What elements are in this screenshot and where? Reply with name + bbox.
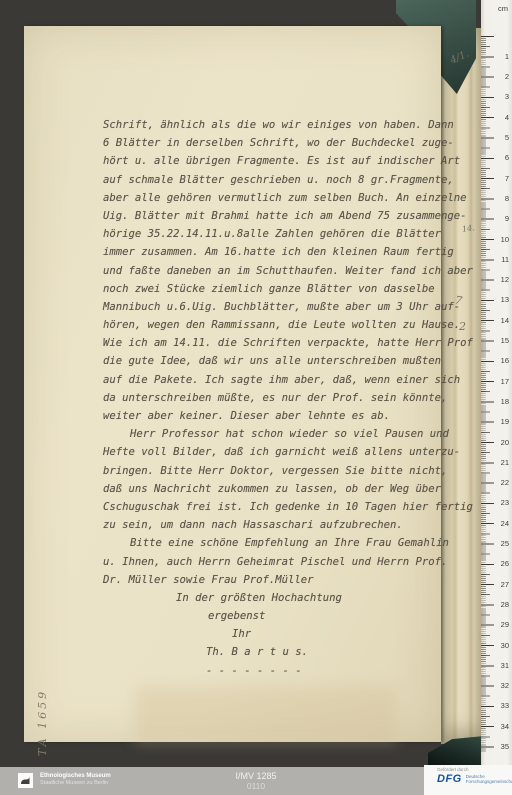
ruler-number: 1 [505,52,509,61]
letter-line: die gute Idee, daß wir uns alle untersch… [103,352,465,370]
letter-line: da unterschreiben müßte, es nur der Prof… [103,389,465,407]
pencil-mark-edge-top: 14. [461,223,475,234]
ruler-number: 9 [505,214,509,223]
ruler-number: 14 [501,316,509,325]
ruler-number: 31 [501,661,509,670]
letter-page: Schrift, ähnlich als die wo wir einiges … [24,26,441,742]
dfg-logo: Gefördert durch DFG Deutsche Forschungsg… [424,765,512,795]
ruler-unit-label: cm [498,4,508,13]
ruler-ticks [481,36,496,752]
ruler-number: 7 [505,174,509,183]
ruler-number: 32 [501,681,509,690]
letter-line: ergebenst [208,607,465,625]
letter-line: Mannibuch u.6.Uig. Buchblätter, mußte ab… [103,298,465,316]
ruler-number: 8 [505,194,509,203]
funding-label: Gefördert durch [437,767,512,772]
ruler-number: 10 [501,235,509,244]
letter-line: Bitte eine schöne Empfehlung an Ihre Fra… [130,534,465,552]
ruler-number: 6 [505,153,509,162]
footer-bar: Ethnologisches Museum Staatliche Museen … [0,767,512,795]
dfg-abbr: DFG [437,773,462,785]
ruler-number: 13 [501,295,509,304]
ruler-number: 23 [501,498,509,507]
letter-line: In der größten Hochachtung [176,589,465,607]
book-scan-photo: Schrift, ähnlich als die wo wir einiges … [0,0,512,795]
letter-line: Wie ich am 14.11. die Schriften verpackt… [103,334,465,352]
letter-line: Ihr [232,625,465,643]
letter-line: hörige 35.22.14.11.u.8alle Zahlen gehöre… [103,225,465,243]
letter-line: Hefte voll Bilder, daß ich garnicht weiß… [103,443,465,461]
ruler-number: 17 [501,377,509,386]
letter-line: immer zusammen. Am 16.hatte ich den klei… [103,243,465,261]
letter-line: - - - - - - - - [206,662,465,680]
ruler-number: 28 [501,600,509,609]
ruler-number: 34 [501,722,509,731]
ruler-number: 19 [501,417,509,426]
ruler-number: 21 [501,458,509,467]
ruler-number: 30 [501,641,509,650]
ruler-number: 26 [501,559,509,568]
ruler-number: 16 [501,356,509,365]
letter-line: hören, wegen den Rammissann, die Leute w… [103,316,465,334]
ruler-number: 11 [501,255,509,264]
letter-line: und faßte daneben an im Schutthaufen. We… [103,262,465,280]
pencil-mark-edge-lower: 2 [459,320,466,333]
letter-line: 6 Blätter in derselben Schrift, wo der B… [103,134,465,152]
letter-line: daß uns Nachricht zukommen zu lassen, ob… [103,480,465,498]
ruler-number: 12 [501,275,509,284]
ruler-number: 22 [501,478,509,487]
ruler-number: 15 [501,336,509,345]
letter-line: hört u. alle übrigen Fragmente. Es ist a… [103,152,465,170]
ruler-number: 3 [505,92,509,101]
ruler-number: 29 [501,620,509,629]
letter-line: Herr Professor hat schon wieder so viel … [130,425,465,443]
ruler-number: 27 [501,580,509,589]
letter-text-block: Schrift, ähnlich als die wo wir einiges … [103,116,465,680]
ruler-number: 5 [505,133,509,142]
ruler-number: 24 [501,519,509,528]
letter-line: Th. B a r t u s. [206,643,465,661]
letter-line: Cschuguschak frei ist. Ich gedenke in 10… [103,498,465,516]
letter-line: aber alle gehören vermutlich zum selben … [103,189,465,207]
letter-line: Dr. Müller sowie Frau Prof.Müller [103,571,465,589]
letter-line: auf schmale Blätter geschrieben u. noch … [103,171,465,189]
letter-line: noch zwei Stücke ziemlich ganze Blätter … [103,280,465,298]
letter-line: Schrift, ähnlich als die wo wir einiges … [103,116,465,134]
letter-line: u. Ihnen, auch Herrn Geheimrat Pischel u… [103,553,465,571]
measurement-ruler: cm 1234567891011121314151617181920212223… [481,0,512,767]
ruler-number: 4 [505,113,509,122]
ruler-number: 35 [501,742,509,751]
letter-line: bringen. Bitte Herr Doktor, vergessen Si… [103,462,465,480]
letter-line: auf die Pakete. Ich sagte ihm aber, daß,… [103,371,465,389]
dfg-full-name: Deutsche Forschungsgemeinschaft [466,774,512,785]
letter-line: zu sein, um dann nach Hassaschari aufzub… [103,516,465,534]
bleed-through-stain [135,686,397,742]
letter-line: Uig. Blätter mit Brahmi hatte ich am Abe… [103,207,465,225]
archive-code-pencil: TA 1659 [36,689,49,756]
ruler-number: 25 [501,539,509,548]
letter-line: weiter aber keiner. Dieser aber lehnte e… [103,407,465,425]
ruler-number: 2 [505,72,509,81]
ruler-number: 18 [501,397,509,406]
ruler-number: 33 [501,701,509,710]
ruler-number: 20 [501,438,509,447]
